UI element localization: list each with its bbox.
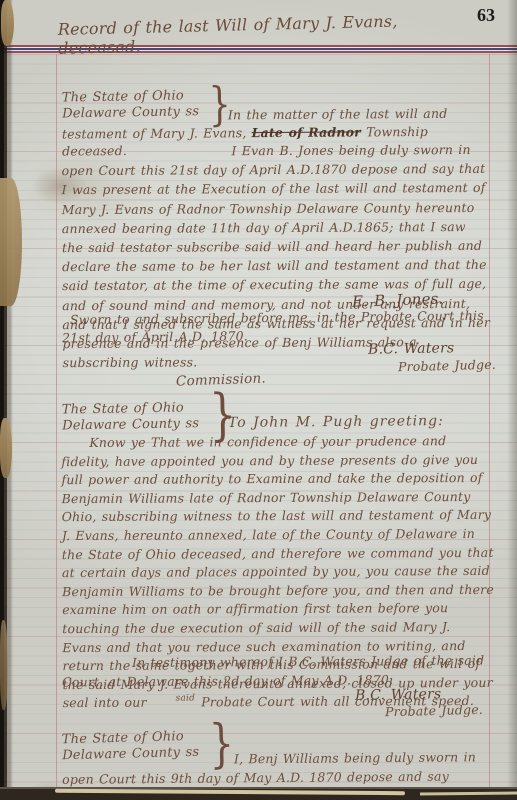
commission-salutation: To John M. Pugh greeting: — [228, 413, 444, 431]
torn-paper-edge — [0, 620, 8, 710]
page-curve-shadow — [507, 0, 517, 800]
torn-paper-edge — [0, 418, 12, 478]
caption-struck-text: Late of Radnor — [252, 124, 361, 140]
page-number: 63 — [477, 5, 495, 26]
venue-county: Delaware County ss — [62, 416, 199, 434]
left-margin-line — [56, 54, 57, 787]
probate-judge-title: Probate Judge. — [385, 702, 483, 720]
torn-paper-edge — [0, 178, 22, 306]
signature-bc-waters: B.C. Waters — [368, 340, 455, 358]
probate-judge-title: Probate Judge. — [398, 357, 496, 375]
record-book-page: 63 Record of the last Will of Mary J. Ev… — [0, 0, 517, 800]
torn-paper-edge — [1, 0, 14, 46]
deposition-williams-opening: I, Benj Williams being duly sworn in ope… — [62, 747, 494, 789]
signature-bc-waters: B.C. Waters — [355, 686, 442, 704]
inserted-word: said — [148, 690, 196, 709]
